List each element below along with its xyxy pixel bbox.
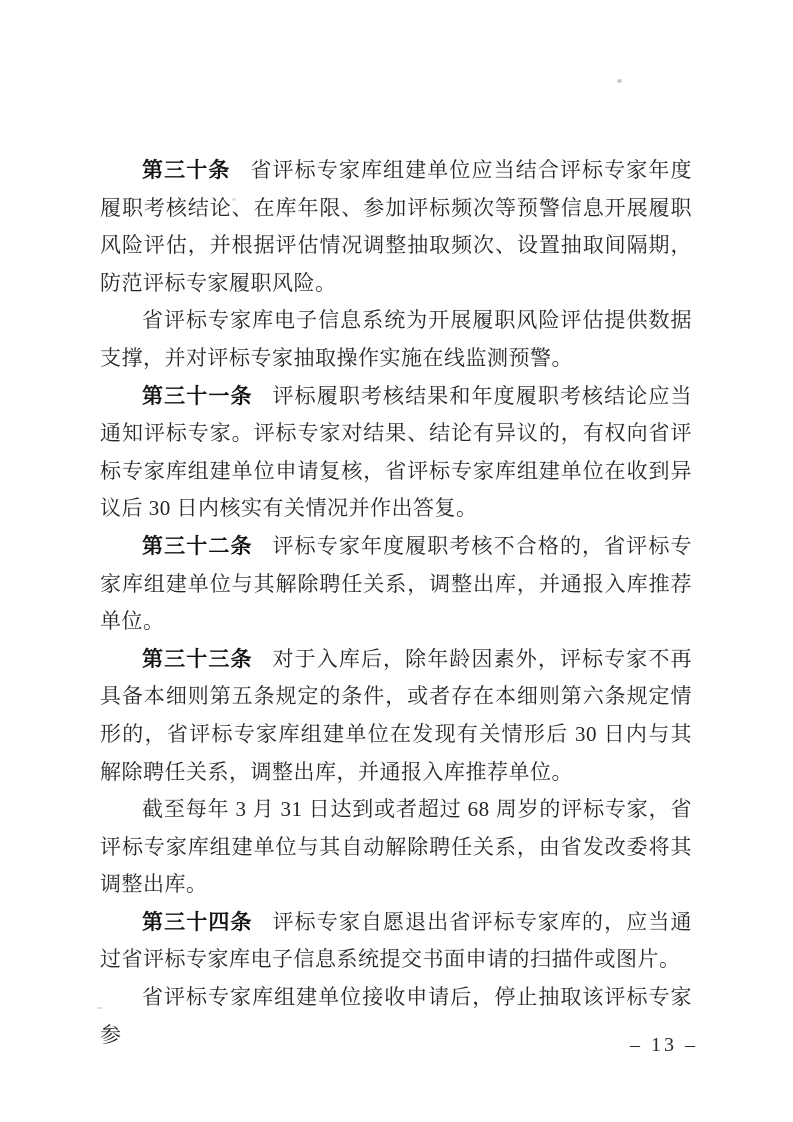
paragraph-text: 省评标专家库电子信息系统为开展履职风险评估提供数据支撑，并对评标专家抽取操作实施… [100, 308, 692, 370]
paragraph-article-30: 第三十条省评标专家库组建单位应当结合评标专家年度履职考核结论、在库年限、参加评标… [100, 152, 692, 302]
paragraph: 截至每年 3 月 31 日达到或者超过 68 周岁的评标专家，省评标专家库组建单… [100, 791, 692, 904]
article-number: 第三十条 [142, 159, 230, 182]
paragraph-article-31: 第三十一条评标履职考核结果和年度履职考核结论应当通知评标专家。评标专家对结果、结… [100, 378, 692, 528]
paragraph: 省评标专家库组建单位接收申请后，停止抽取该评标专家参 [100, 979, 692, 1054]
page-number: – 13 – [630, 1034, 698, 1057]
paragraph-article-33: 第三十三条对于入库后，除年龄因素外，评标专家不再具备本细则第五条规定的条件，或者… [100, 641, 692, 791]
paragraph-article-32: 第三十二条评标专家年度履职考核不合格的，省评标专家库组建单位与其解除聘任关系，调… [100, 528, 692, 641]
article-number: 第三十一条 [142, 385, 253, 408]
document-page: 第三十条省评标专家库组建单位应当结合评标专家年度履职考核结论、在库年限、参加评标… [0, 0, 793, 1122]
article-number: 第三十三条 [142, 648, 253, 671]
paragraph-text: 截至每年 3 月 31 日达到或者超过 68 周岁的评标专家，省评标专家库组建单… [100, 797, 692, 896]
document-body: 第三十条省评标专家库组建单位应当结合评标专家年度履职考核结论、在库年限、参加评标… [100, 152, 692, 1054]
paragraph-article-34: 第三十四条评标专家自愿退出省评标专家库的，应当通过省评标专家库电子信息系统提交书… [100, 904, 692, 979]
paragraph: 省评标专家库电子信息系统为开展履职风险评估提供数据支撑，并对评标专家抽取操作实施… [100, 302, 692, 377]
scan-speck-icon [617, 79, 622, 83]
article-number: 第三十二条 [142, 535, 253, 558]
article-number: 第三十四条 [142, 911, 253, 934]
paragraph-text: 省评标专家库组建单位接收申请后，停止抽取该评标专家参 [100, 985, 692, 1047]
